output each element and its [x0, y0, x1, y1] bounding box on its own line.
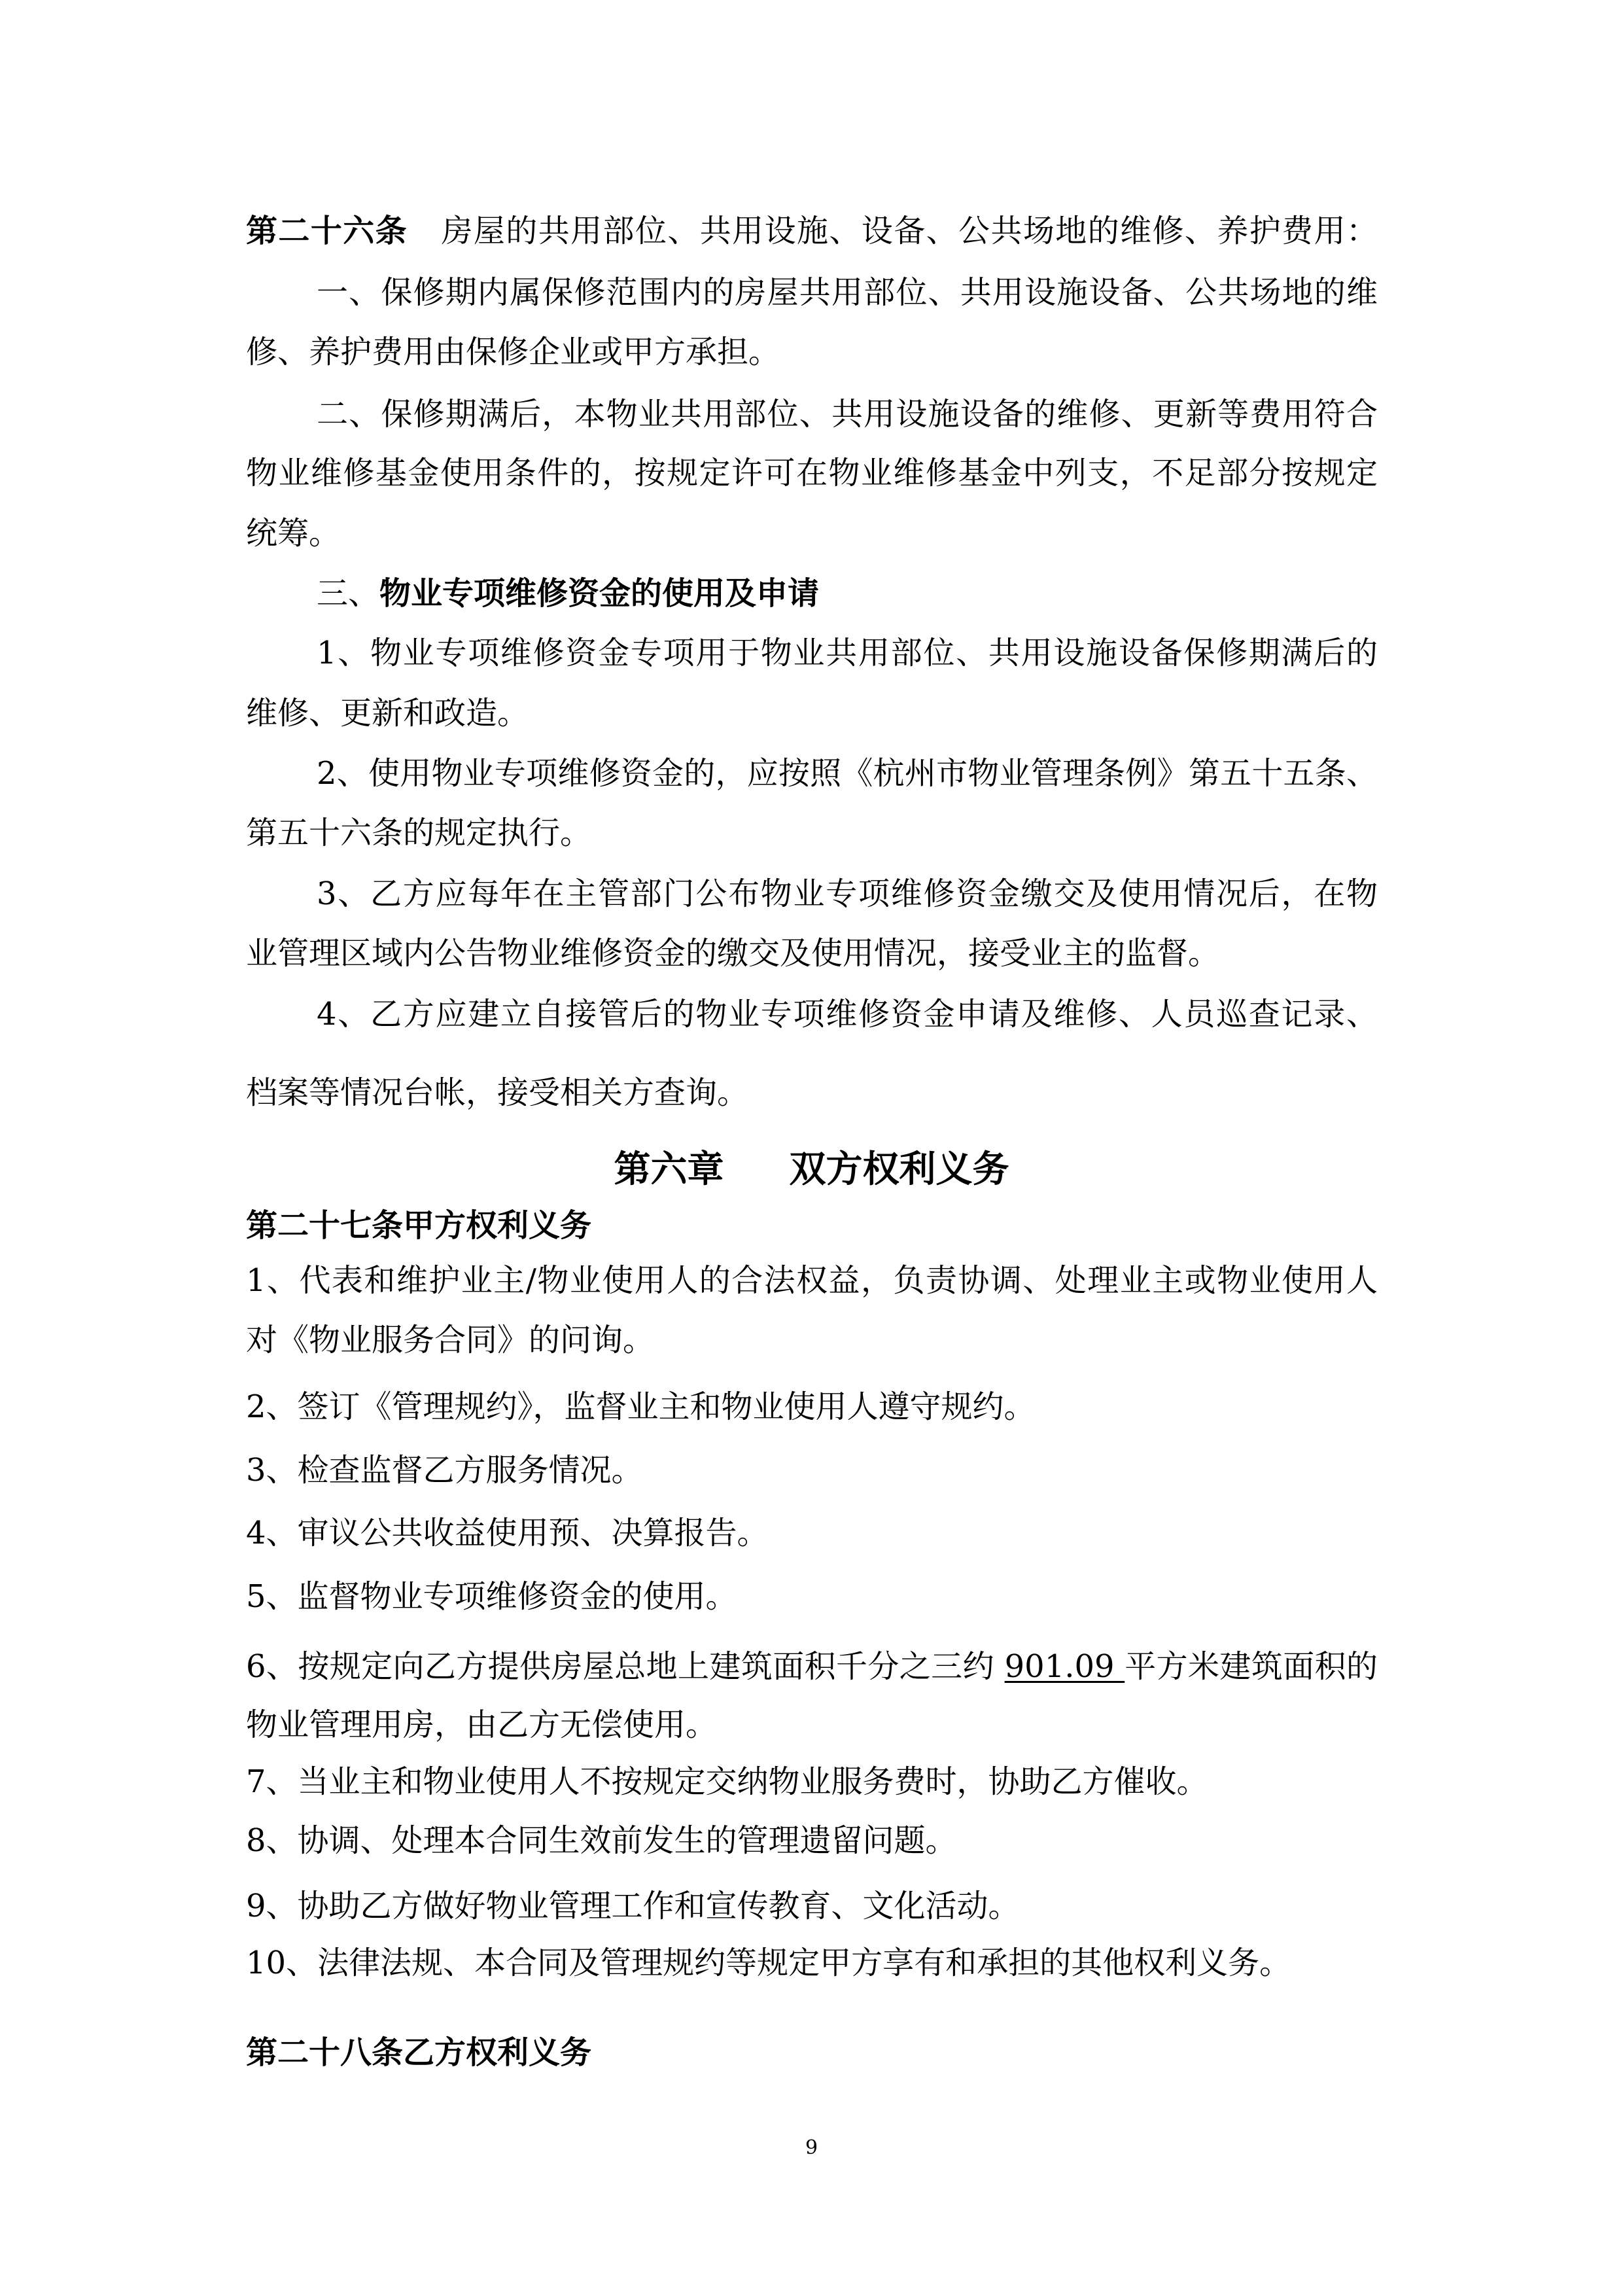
article-27-title: 第二十七条甲方权利义务	[246, 1206, 1378, 1245]
paragraph-line: 修、养护费用由保修企业或甲方承担。	[246, 332, 1378, 372]
subsection-title: 物业专项维修资金的使用及申请	[379, 575, 819, 612]
chapter-heading: 第六章双方权利义务	[0, 1146, 1623, 1192]
list-item: 2、签订《管理规约》，监督业主和物业使用人遵守规约。	[246, 1387, 1378, 1426]
paragraph-line: 业管理区域内公告物业维修资金的缴交及使用情况，接受业主的监督。	[246, 934, 1378, 973]
paragraph-line: 物业维修基金使用条件的，按规定许可在物业维修基金中列支，不足部分按规定	[246, 453, 1378, 493]
paragraph-line: 第五十六条的规定执行。	[246, 813, 1378, 853]
article-26-heading-text: 房屋的共用部位、共用设施、设备、公共场地的维修、养护费用：	[440, 213, 1378, 249]
area-value: 901.09	[1005, 1648, 1125, 1685]
paragraph-line: 一、保修期内属保修范围内的房屋共用部位、共用设施设备、公共场地的维	[317, 273, 1378, 312]
list-item: 10、法律法规、本合同及管理规约等规定甲方享有和承担的其他权利义务。	[246, 1943, 1378, 1983]
item6-text-before: 6、按规定向乙方提供房屋总地上建筑面积千分之三约	[246, 1648, 1005, 1685]
chapter-title: 双方权利义务	[790, 1148, 1009, 1191]
list-item: 6、按规定向乙方提供房屋总地上建筑面积千分之三约 901.09 平方米建筑面积的	[246, 1647, 1378, 1686]
article-26-heading: 第二十六条房屋的共用部位、共用设施、设备、公共场地的维修、养护费用：	[246, 211, 1378, 251]
article-26-title: 第二十六条	[246, 213, 408, 249]
chapter-number: 第六章	[614, 1148, 724, 1191]
paragraph-line: 维修、更新和政造。	[246, 694, 1378, 733]
paragraph-line: 二、保修期满后，本物业共用部位、共用设施设备的维修、更新等费用符合	[317, 395, 1378, 434]
paragraph-line: 统筹。	[246, 514, 1378, 553]
list-item: 3、检查监督乙方服务情况。	[246, 1451, 1378, 1490]
paragraph-line: 2、使用物业专项维修资金的，应按照《杭州市物业管理条例》第五十五条、	[317, 754, 1378, 793]
list-item: 8、协调、处理本合同生效前发生的管理遗留问题。	[246, 1821, 1378, 1860]
article-28-title: 第二十八条乙方权利义务	[246, 2033, 1378, 2072]
paragraph-line: 档案等情况台帐，接受相关方查询。	[246, 1073, 1378, 1112]
item6-text-after: 平方米建筑面积的	[1125, 1648, 1378, 1685]
subsection-prefix: 三、	[317, 575, 379, 612]
list-item: 物业管理用房，由乙方无偿使用。	[246, 1705, 1378, 1744]
list-item: 5、监督物业专项维修资金的使用。	[246, 1577, 1378, 1616]
list-item: 7、当业主和物业使用人不按规定交纳物业服务费时，协助乙方催收。	[246, 1762, 1378, 1801]
paragraph-line: 4、乙方应建立自接管后的物业专项维修资金申请及维修、人员巡查记录、	[317, 995, 1378, 1034]
list-item: 9、协助乙方做好物业管理工作和宣传教育、文化活动。	[246, 1886, 1378, 1926]
list-item: 4、审议公共收益使用预、决算报告。	[246, 1513, 1378, 1553]
subsection-heading: 三、物业专项维修资金的使用及申请	[317, 574, 1378, 613]
list-item: 1、代表和维护业主/物业使用人的合法权益，负责协调、处理业主或物业使用人	[246, 1261, 1378, 1300]
paragraph-line: 3、乙方应每年在主管部门公布物业专项维修资金缴交及使用情况后，在物	[317, 874, 1378, 913]
list-item: 对《物业服务合同》的问询。	[246, 1320, 1378, 1360]
page-number: 9	[0, 2135, 1623, 2161]
paragraph-line: 1、物业专项维修资金专项用于物业共用部位、共用设施设备保修期满后的	[317, 633, 1378, 673]
